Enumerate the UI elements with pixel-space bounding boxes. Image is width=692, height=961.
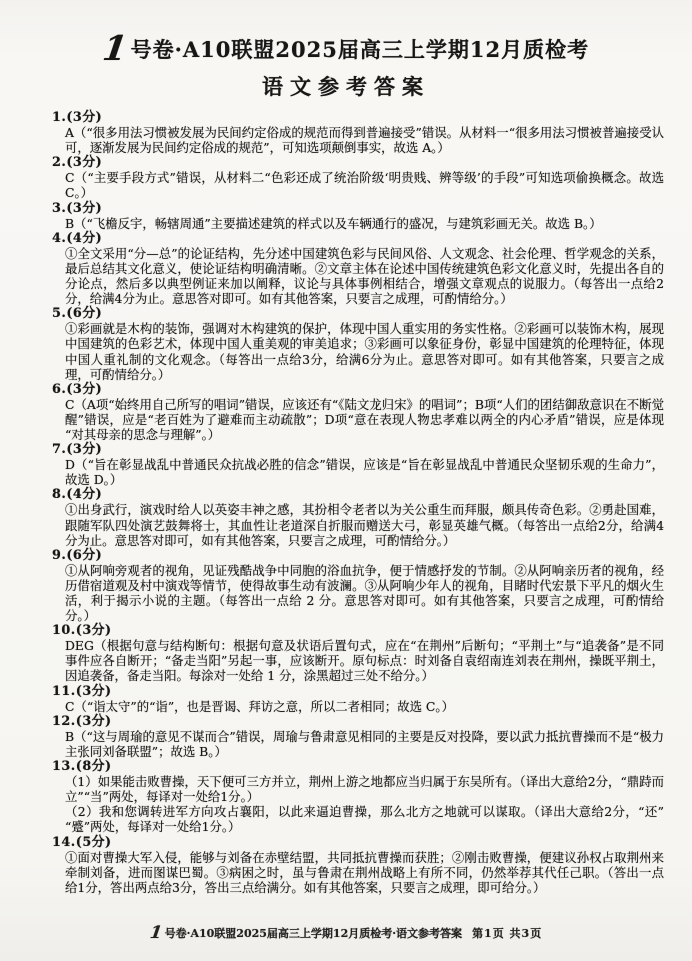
answer-item-body: C（“主要手段方式”错误，从材料二“色彩还成了统治阶级‘明贵贱、辨等级’的手段”… [52,170,664,200]
answer-item-label: 7.(3分) [52,442,664,457]
answer-item: 6.(3分) C（A项“始终用自己所写的唱词”错误，应该还有“《陆文龙归宋》的唱… [52,382,664,442]
exam-brand-line: 1 号卷·A10联盟2025届高三上学期12月质检考 [0,34,692,64]
answer-paragraph: DEG（根据句意与结构断句：根据句意及状语后置句式，应在“在荆州”后断句；“平荆… [65,638,664,683]
answer-item-label: 13.(8分) [52,759,664,774]
answer-item: 3.(3分) B（“飞檐反宇，畅辖周通”主要描述建筑的样式以及车辆通行的盛况，与… [52,201,664,231]
exam-title-text: 号卷·A10联盟2025届高三上学期12月质检考 [131,34,590,64]
answer-paragraph: ①从阿响旁观者的视角，见证残酷战争中同胞的浴血抗争，便于情感抒发的节制。②从阿响… [65,563,664,623]
answer-item: 11.(3分) C（“诣太守”的“诣”，也是晋谒、拜访之意，所以二者相同；故选 … [52,684,664,714]
answer-item: 2.(3分) C（“主要手段方式”错误，从材料二“色彩还成了统治阶级‘明贵贱、辨… [52,155,664,200]
answer-item-label: 9.(6分) [52,548,664,563]
answer-paragraph: （1）如果能击败曹操，天下便可三方并立，荆州上游之地都应当归属于东吴所有。（译出… [65,774,664,804]
answer-item-label: 2.(3分) [52,155,664,170]
answer-item-label: 4.(4分) [52,231,664,246]
answer-paragraph: C（“诣太守”的“诣”，也是晋谒、拜访之意，所以二者相同；故选 C。） [65,699,664,714]
answer-item: 13.(8分) （1）如果能击败曹操，天下便可三方并立，荆州上游之地都应当归属于… [52,759,664,834]
answer-item-body: ①出身武行，演戏时给人以英姿丰神之感，其扮相令老者以为关公重生而拜服，颇具传奇色… [52,502,664,547]
answer-item-label: 11.(3分) [52,684,664,699]
answer-item-body: D（“旨在彰显战乱中普通民众抗战必胜的信念”错误，应该是“旨在彰显战乱中普通民众… [52,457,664,487]
answer-item-body: ①面对曹操大军入侵，能够与刘备在赤壁结盟，共同抵抗曹操而获胜；②刚击败曹操，便建… [52,850,664,895]
answer-item-body: C（“诣太守”的“诣”，也是晋谒、拜访之意，所以二者相同；故选 C。） [52,699,664,714]
scanned-answer-sheet-page: 1 号卷·A10联盟2025届高三上学期12月质检考 语文参考答案 1.(3分)… [0,0,692,961]
answer-item: 12.(3分) B（“这与周瑜的意见不谋而合”错误，周瑜与鲁肃意见相同的主要是反… [52,714,664,759]
answer-paragraph: ①全文采用“分—总”的论证结构，先分述中国建筑色彩与民间风俗、人文观念、社会伦理… [65,246,664,306]
answer-item-body: B（“飞檐反宇，畅辖周通”主要描述建筑的样式以及车辆通行的盛况，与建筑彩画无关。… [52,216,664,231]
answer-item-label: 6.(3分) [52,382,664,397]
answer-item: 9.(6分) ①从阿响旁观者的视角，见证残酷战争中同胞的浴血抗争，便于情感抒发的… [52,548,664,623]
answer-paragraph: B（“飞檐反宇，畅辖周通”主要描述建筑的样式以及车辆通行的盛况，与建筑彩画无关。… [65,216,664,231]
answer-item-label: 12.(3分) [52,714,664,729]
answer-item: 5.(6分) ①彩画就是木构的装饰，强调对木构建筑的保护，体现中国人重实用的务实… [52,306,664,381]
answer-item-label: 10.(3分) [52,623,664,638]
answer-paragraph: B（“这与周瑜的意见不谋而合”错误，周瑜与鲁肃意见相同的主要是反对投降，要以武力… [65,729,664,759]
answer-list: 1.(3分) A（“很多用法习惯被发展为民间约定俗成的规范而得到普遍接受”错误。… [52,110,664,895]
answer-item-body: A（“很多用法习惯被发展为民间约定俗成的规范而得到普遍接受”错误。从材料一“很多… [52,125,664,155]
footer-text: 号卷·A10联盟2025届高三上学期12月质检考·语文参考答案 [165,925,462,941]
answer-item-label: 5.(6分) [52,306,664,321]
answer-item-body: ①彩画就是木构的装饰，强调对木构建筑的保护，体现中国人重实用的务实性格。②彩画可… [52,321,664,381]
document-title: 语文参考答案 [0,71,692,101]
answer-paragraph: ①彩画就是木构的装饰，强调对木构建筑的保护，体现中国人重实用的务实性格。②彩画可… [65,321,664,381]
answer-paragraph: C（“主要手段方式”错误，从材料二“色彩还成了统治阶级‘明贵贱、辨等级’的手段”… [65,170,664,200]
answer-paragraph: D（“旨在彰显战乱中普通民众抗战必胜的信念”错误，应该是“旨在彰显战乱中普通民众… [65,457,664,487]
answer-paragraph: ①出身武行，演戏时给人以英姿丰神之感，其扮相令老者以为关公重生而拜服，颇具传奇色… [65,502,664,547]
answer-item-label: 8.(4分) [52,487,664,502]
answer-paragraph: ①面对曹操大军入侵，能够与刘备在赤壁结盟，共同抵抗曹操而获胜；②刚击败曹操，便建… [65,850,664,895]
answer-item-label: 1.(3分) [52,110,664,125]
answer-item-body: ①全文采用“分—总”的论证结构，先分述中国建筑色彩与民间风俗、人文观念、社会伦理… [52,246,664,306]
answer-item: 4.(4分) ①全文采用“分—总”的论证结构，先分述中国建筑色彩与民间风俗、人文… [52,231,664,306]
footer-page-info: 第1页 共3页 [472,925,542,941]
answer-item-body: （1）如果能击败曹操，天下便可三方并立，荆州上游之地都应当归属于东吴所有。（译出… [52,774,664,834]
answer-item: 10.(3分) DEG（根据句意与结构断句：根据句意及状语后置句式，应在“在荆州… [52,623,664,683]
brand-logo-numeral: 1 [101,38,129,60]
page-header: 1 号卷·A10联盟2025届高三上学期12月质检考 语文参考答案 [0,34,692,101]
answer-item: 14.(5分) ①面对曹操大军入侵，能够与刘备在赤壁结盟，共同抵抗曹操而获胜；②… [52,835,664,895]
page-footer: 1 号卷·A10联盟2025届高三上学期12月质检考·语文参考答案 第1页 共3… [0,925,692,941]
answer-item-body: ①从阿响旁观者的视角，见证残酷战争中同胞的浴血抗争，便于情感抒发的节制。②从阿响… [52,563,664,623]
answer-item: 8.(4分) ①出身武行，演戏时给人以英姿丰神之感，其扮相令老者以为关公重生而拜… [52,487,664,547]
answer-paragraph: C（A项“始终用自己所写的唱词”错误，应该还有“《陆文龙归宋》的唱词”；B项“人… [65,397,664,442]
answer-paragraph: （2）我和您调转进军方向攻占襄阳，以此来逼迫曹操，那么北方之地就可以谋取。（译出… [65,804,664,834]
answer-paragraph: A（“很多用法习惯被发展为民间约定俗成的规范而得到普遍接受”错误。从材料一“很多… [65,125,664,155]
answer-item-body: C（A项“始终用自己所写的唱词”错误，应该还有“《陆文龙归宋》的唱词”；B项“人… [52,397,664,442]
answer-item-label: 3.(3分) [52,201,664,216]
answer-item-label: 14.(5分) [52,835,664,850]
footer-logo-numeral: 1 [149,928,162,939]
answer-item: 1.(3分) A（“很多用法习惯被发展为民间约定俗成的规范而得到普遍接受”错误。… [52,110,664,155]
answer-item-body: DEG（根据句意与结构断句：根据句意及状语后置句式，应在“在荆州”后断句；“平荆… [52,638,664,683]
answer-item-body: B（“这与周瑜的意见不谋而合”错误，周瑜与鲁肃意见相同的主要是反对投降，要以武力… [52,729,664,759]
answer-item: 7.(3分) D（“旨在彰显战乱中普通民众抗战必胜的信念”错误，应该是“旨在彰显… [52,442,664,487]
